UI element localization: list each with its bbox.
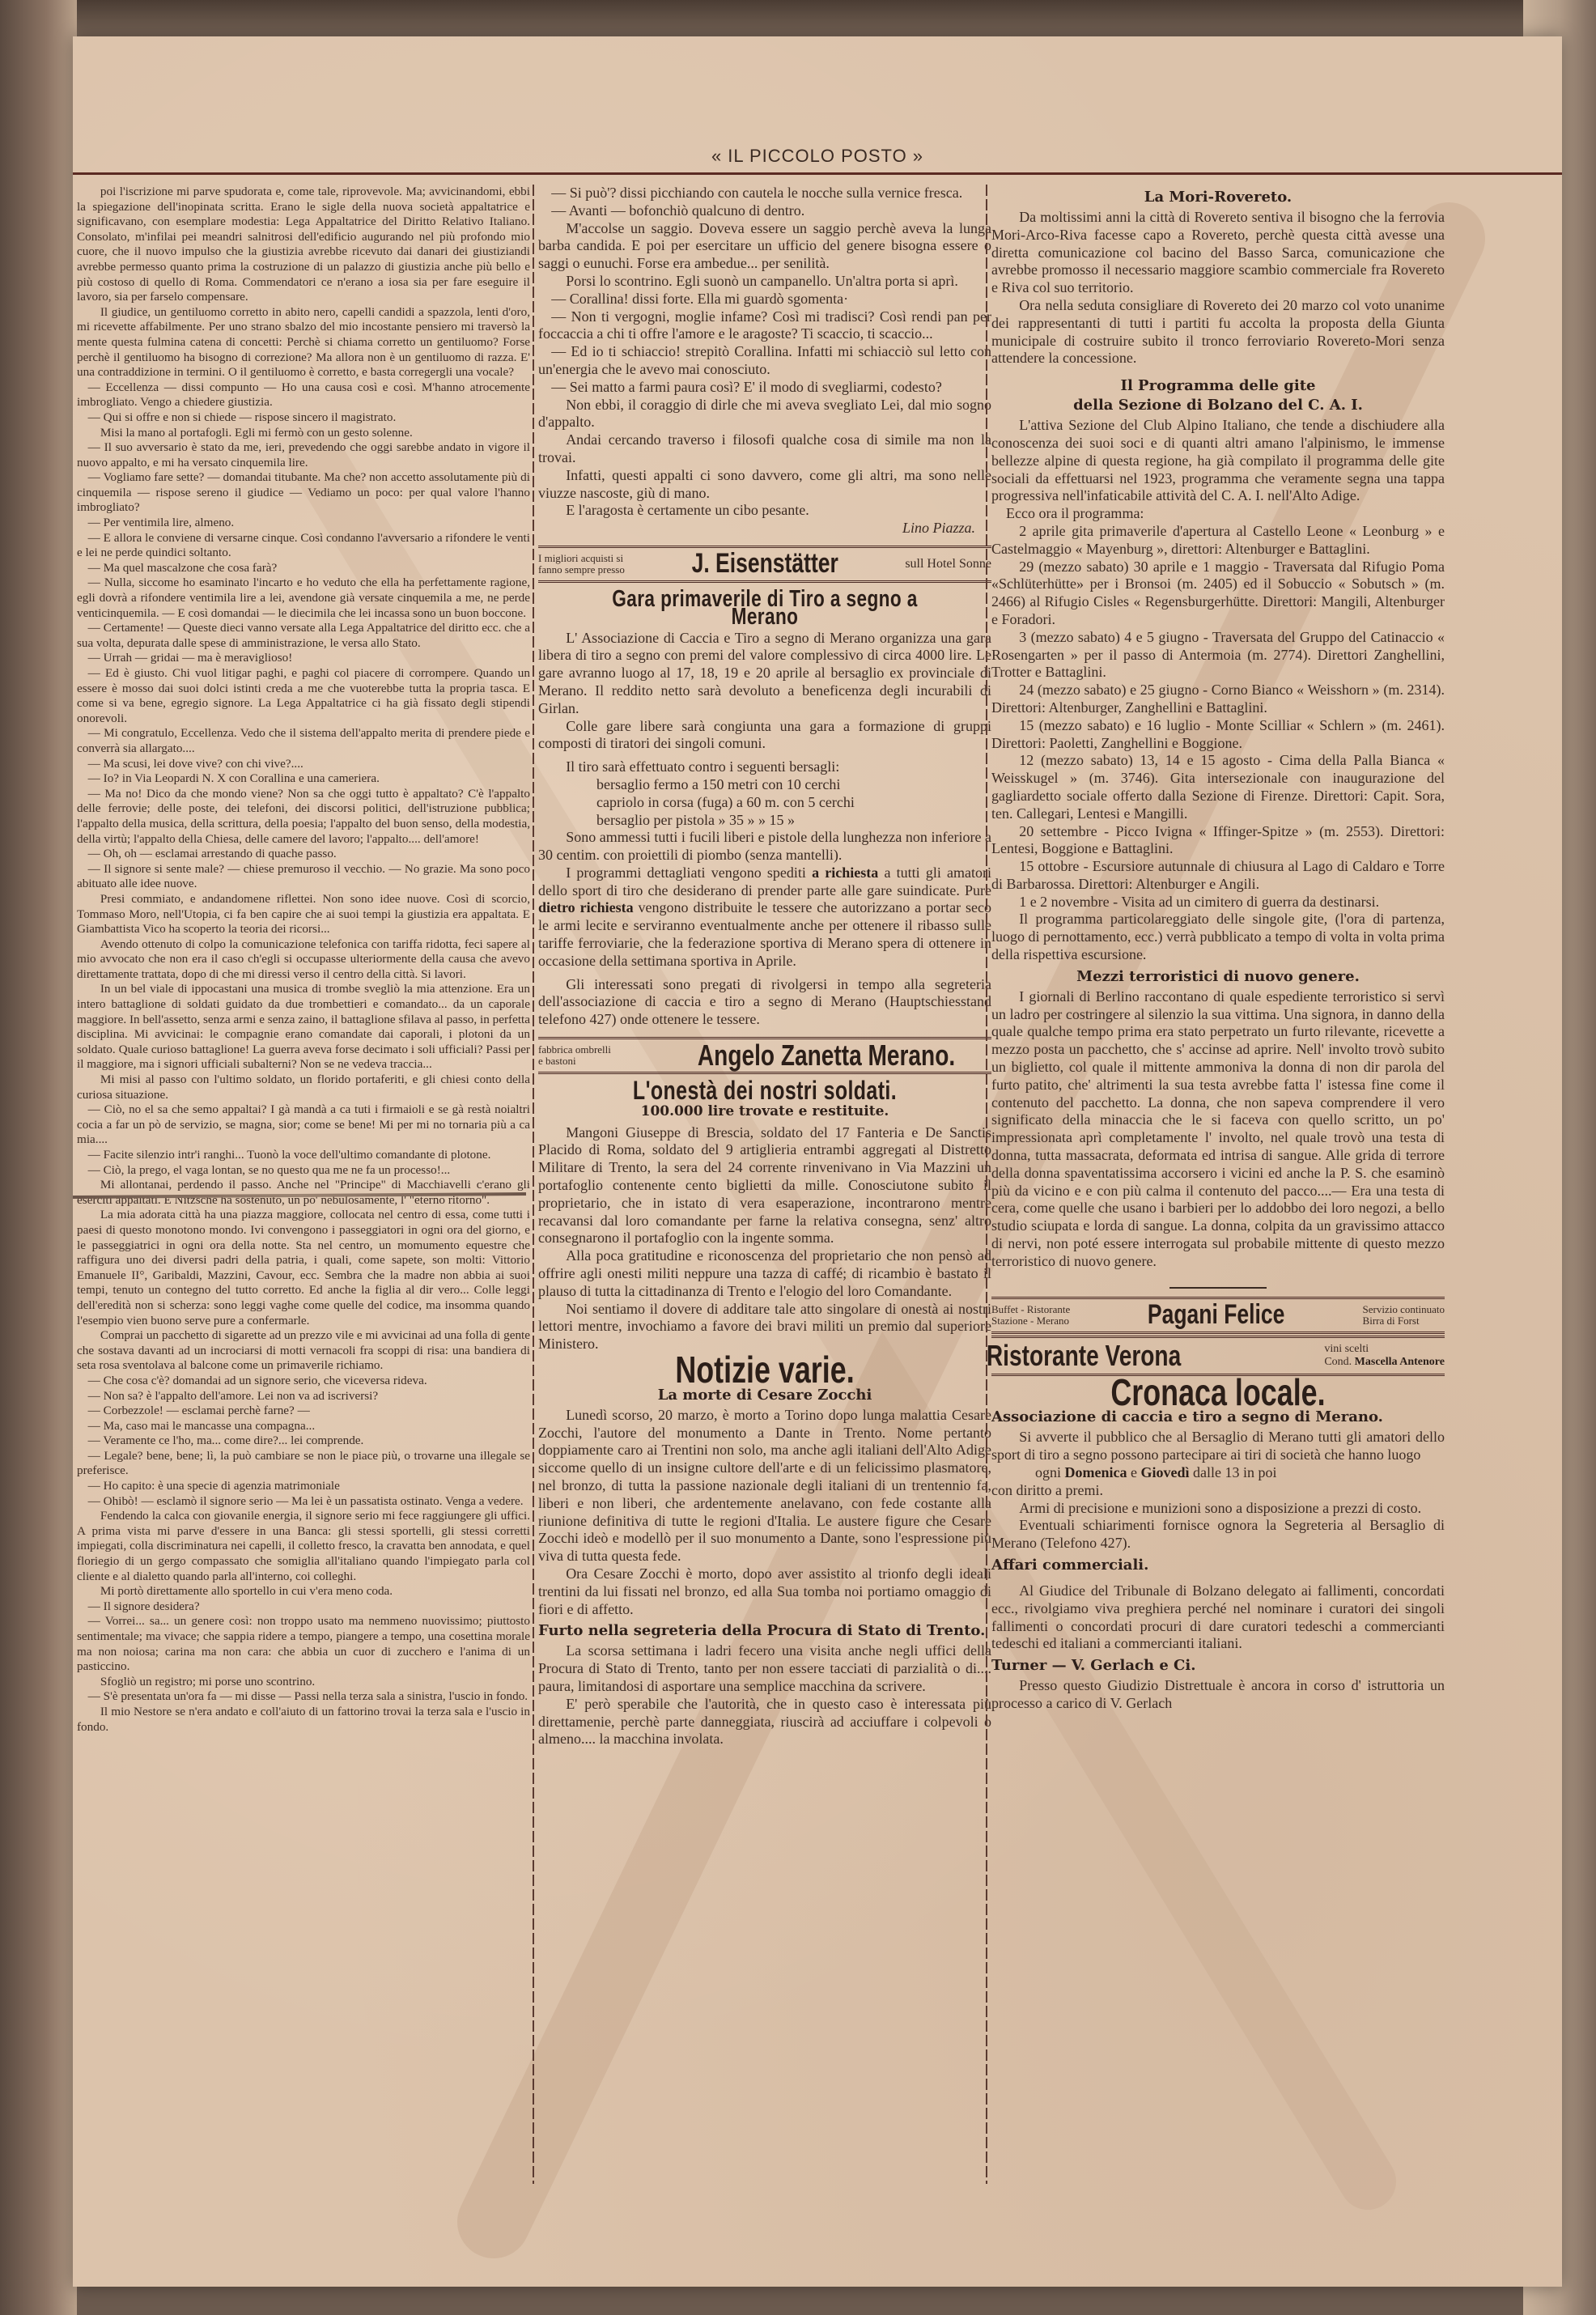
article-paragraph: 12 (mezzo sabato) 13, 14 e 15 agosto - C… [991, 752, 1445, 822]
schedule-line: ogni Domenica e Giovedì dalle 13 in poi [991, 1464, 1445, 1482]
article-paragraph: — Veramente ce l'ho, ma... come dire?...… [77, 1434, 530, 1449]
article-paragraph: — Ma quel mascalzone che cosa farà? [77, 561, 530, 576]
ad-zanetta: fabbrica ombrelli e bastoni Angelo Zanet… [538, 1037, 991, 1074]
story-continuation: — Si può'? dissi picchiando con cautela … [538, 185, 991, 520]
column-right: La Mori-Rovereto. Da moltissimi anni la … [991, 185, 1445, 1713]
article-paragraph: Presso questo Giudizio Distrettuale è an… [991, 1677, 1445, 1713]
article-paragraph: — Corbezzole! — esclamai perchè farne? — [77, 1404, 530, 1419]
article-paragraph: Il mio Nestore se n'era andato e coll'ai… [77, 1705, 530, 1735]
article-paragraph: — Eccellenza — dissi compunto — Ho una c… [77, 380, 530, 410]
ad-text: fabbrica ombrelli [538, 1044, 611, 1056]
article-paragraph: poi l'iscrizione mi parve spudorata e, c… [77, 185, 530, 305]
article-paragraph: — Sei matto a farmi paura così? E' il mo… [538, 379, 991, 397]
article-paragraph: 3 (mezzo sabato) 4 e 5 giugno - Traversa… [991, 629, 1445, 682]
column-divider [986, 185, 987, 2184]
ad-pagani-left: Buffet - Ristorante Stazione - Merano [991, 1304, 1070, 1327]
article-paragraph: Mangoni Giuseppe di Brescia, soldato del… [538, 1124, 991, 1248]
ad-verona-right: vini scelti Cond. Mascella Antenore [1324, 1343, 1445, 1369]
article-paragraph: Gli interessati sono pregati di rivolger… [538, 976, 991, 1029]
article-paragraph: — E allora le conviene di versarne cinqu… [77, 531, 530, 561]
article-paragraph: Porsi lo scontrino. Egli suonò un campan… [538, 273, 991, 291]
article-paragraph: — S'è presentata un'ora fa — mi disse — … [77, 1689, 530, 1705]
masthead-rule [73, 172, 1562, 175]
article-paragraph: Da moltissimi anni la città di Rovereto … [991, 209, 1445, 297]
article-paragraph: — Legale? bene, bene; lì, la può cambiar… [77, 1449, 530, 1479]
article-paragraph: Ora Cesare Zocchi è morto, dopo aver ass… [538, 1565, 991, 1618]
article-paragraph: — Ciò, no el sa che semo appaltai? I gà … [77, 1102, 530, 1148]
article-paragraph: — Vorrei... sa... un genere così: non tr… [77, 1614, 530, 1674]
target-list: Il tiro sarà effettuato contro i seguent… [538, 758, 991, 829]
ad-eisenstatter-tagline: I migliori acquisti si fanno sempre pres… [538, 553, 625, 576]
article-paragraph: — Non ti vergogni, moglie infame? Così m… [538, 308, 991, 344]
ad-text: Servizio continuato [1363, 1304, 1445, 1315]
headline-gite-1: Il Programma delle gite [991, 376, 1445, 396]
article-paragraph: In un bel viale di ippocastani una music… [77, 982, 530, 1073]
article-paragraph: Fendendo la calca con giovanile energia,… [77, 1509, 530, 1584]
article-paragraph: — Urrah — gridai — ma è meraviglioso! [77, 651, 530, 666]
ad-text: Birra di Forst [1363, 1315, 1445, 1327]
article-paragraph: 15 (mezzo sabato) e 16 luglio - Monte Sc… [991, 717, 1445, 753]
ad-pagani-name: Pagani Felice [1148, 1306, 1285, 1324]
article-paragraph: — Il signore si sente male? — chiese pre… [77, 862, 530, 892]
article-paragraph: — Mi congratulo, Eccellenza. Vedo che il… [77, 726, 530, 756]
article-paragraph: Andai cercando traverso i filosofi qualc… [538, 431, 991, 467]
article-paragraph: Ora nella seduta consigliare di Rovereto… [991, 297, 1445, 367]
scan-backdrop-top [0, 0, 1596, 40]
ad-text: vini scelti [1324, 1343, 1445, 1356]
ad-pagani-right: Servizio continuato Birra di Forst [1363, 1304, 1445, 1327]
column-middle: — Si può'? dissi picchiando con cautela … [538, 185, 991, 1748]
article-paragraph: — Oh, oh — esclamai arrestando di quache… [77, 847, 530, 862]
article-paragraph: Lunedì scorso, 20 marzo, è morto a Torin… [538, 1407, 991, 1565]
ad-verona-name: Ristorante Verona [987, 1347, 1181, 1365]
article-paragraph: con diritto a premi. [991, 1482, 1445, 1500]
article-paragraph: — Ma scusi, lei dove vive? con chi vive?… [77, 757, 530, 772]
article-paragraph: — Per ventimila lire, almeno. [77, 516, 530, 531]
article-paragraph: — Certamente! — Queste dieci vanno versa… [77, 621, 530, 651]
section-title-notizie: Notizie varie. [588, 1361, 942, 1379]
article-paragraph: E' però sperabile che l'autorità, che in… [538, 1696, 991, 1748]
headline-gite-2: della Sezione di Bolzano del C. A. I. [991, 396, 1445, 415]
section-title-cronaca: Cronaca locale. [1042, 1384, 1395, 1402]
headline-turner: Turner — V. Gerlach e Ci. [991, 1656, 1445, 1676]
article-paragraph: I programmi dettagliati vengono spediti … [538, 864, 991, 971]
article-paragraph: Colle gare libere sarà congiunta una gar… [538, 718, 991, 754]
masthead: « IL PICCOLO POSTO » [73, 146, 1562, 167]
article-paragraph: 2 aprile gita primaverile d'apertura al … [991, 523, 1445, 559]
article-paragraph: Armi di precisione e munizioni sono a di… [991, 1500, 1445, 1518]
article-paragraph: Non ebbi, il coraggio di dirle che mi av… [538, 397, 991, 432]
ad-eisenstatter-location: sull Hotel Sonne [905, 559, 991, 570]
article-paragraph: — Corallina! dissi forte. Ella mi guardò… [538, 291, 991, 308]
article-paragraph: La scorsa settimana i ladri fecero una v… [538, 1642, 991, 1695]
ad-text: Buffet - Ristorante [991, 1304, 1070, 1315]
newspaper-page: « IL PICCOLO POSTO » poi l'iscrizione mi… [73, 36, 1562, 2287]
article-paragraph: Sono ammessi tutti i fucili liberi e pis… [538, 829, 991, 864]
article-paragraph: — Vogliamo fare sette? — domandai tituba… [77, 470, 530, 516]
article-paragraph: 29 (mezzo sabato) 30 aprile e 1 maggio -… [991, 559, 1445, 629]
article-paragraph: Mi portò direttamente allo sportello in … [77, 1584, 530, 1599]
article-paragraph: Al Giudice del Tribunale di Bolzano dele… [991, 1582, 1445, 1653]
ad-text: fanno sempre presso [538, 564, 625, 576]
article-paragraph: — Io? in Via Leopardi N. X con Corallina… [77, 771, 530, 787]
article-paragraph: Alla poca gratitudine e riconoscenza del… [538, 1247, 991, 1300]
article-paragraph: — Ohibò! — esclamò il signore serio — Ma… [77, 1494, 530, 1510]
ad-eisenstatter-name: J. Eisenstätter [691, 555, 838, 573]
article-paragraph: 24 (mezzo sabato) e 25 giugno - Corno Bi… [991, 682, 1445, 717]
author-signature: Lino Piazza. [538, 520, 991, 537]
ad-text: Cond. Mascella Antenore [1324, 1356, 1445, 1369]
ad-text: Stazione - Merano [991, 1315, 1070, 1327]
ad-pagani: Buffet - Ristorante Stazione - Merano Pa… [991, 1297, 1445, 1334]
article-paragraph: — Nulla, siccome ho esaminato l'incarto … [77, 576, 530, 621]
article-paragraph: La mia adorata città ha una piazza maggi… [77, 1208, 530, 1328]
article-paragraph: — Ed è giusto. Chi vuol litigar paghi, e… [77, 666, 530, 726]
article-paragraph: Sfogliò un registro; mi porse uno scontr… [77, 1675, 530, 1690]
column-divider [533, 185, 534, 2184]
article-paragraph: — Qui si offre e non si chiede — rispose… [77, 410, 530, 426]
article-paragraph: — Non sa? è l'appalto dell'amore. Lei no… [77, 1389, 530, 1404]
article-paragraph: — Avanti — bofonchiò qualcuno di dentro. [538, 202, 991, 220]
article-paragraph: Si avverte il pubblico che al Bersaglio … [991, 1429, 1445, 1464]
article-paragraph: Comprai un pacchetto di sigarette ad un … [77, 1328, 530, 1374]
target-item: bersaglio fermo a 150 metri con 10 cerch… [538, 776, 991, 794]
section-rule [1169, 1287, 1267, 1289]
article-paragraph: E l'aragosta è certamente un cibo pesant… [538, 502, 991, 520]
article-paragraph: — Ed io ti schiaccio! strepitò Corallina… [538, 343, 991, 379]
article-paragraph: M'accolse un saggio. Doveva essere un sa… [538, 220, 991, 273]
article-paragraph: — Ma, caso mai le mancasse una compagna.… [77, 1419, 530, 1434]
article-paragraph: Avendo ottenuto di colpo la comunicazion… [77, 937, 530, 983]
excursion-list: 2 aprile gita primaverile d'apertura al … [991, 523, 1445, 964]
headline-mori-rovereto: La Mori-Rovereto. [991, 188, 1445, 207]
article-paragraph: — Il suo avversario è stato da me, ieri,… [77, 440, 530, 470]
article-paragraph: — Ho capito: è una specie di agenzia mat… [77, 1479, 530, 1494]
headline-gara: Gara primaverile di Tiro a segno a Meran… [588, 591, 942, 627]
article-paragraph: — Il signore desidera? [77, 1599, 530, 1615]
headline-furto: Furto nella segreteria della Procura di … [538, 1621, 991, 1641]
article-paragraph: — Che cosa c'è? domandai ad un signore s… [77, 1374, 530, 1389]
article-paragraph: Il programma particolareggiato delle sin… [991, 911, 1445, 963]
subheadline-onesta: 100.000 lire trovate e restituite. [538, 1103, 991, 1121]
article-paragraph: — Facite silenzio intr'i ranghi... Tuonò… [77, 1148, 530, 1163]
article-paragraph: I giornali di Berlino raccontano di qual… [991, 988, 1445, 1271]
article-paragraph: Presi commiato, e andandomene riflettei.… [77, 892, 530, 937]
scan-backdrop-left [0, 0, 77, 2315]
ad-eisenstatter: I migliori acquisti si fanno sempre pres… [538, 546, 991, 583]
target-item: capriolo in corsa (fuga) a 60 m. con 5 c… [538, 794, 991, 812]
article-paragraph: Il giudice, un gentiluomo corretto in ab… [77, 305, 530, 380]
ad-text: e bastoni [538, 1056, 611, 1067]
ad-zanetta-tagline: fabbrica ombrelli e bastoni [538, 1044, 611, 1067]
column-story: poi l'iscrizione mi parve spudorata e, c… [77, 185, 530, 1735]
masthead-title: « IL PICCOLO POSTO » [711, 146, 923, 166]
ad-verona: Ristorante Verona vini scelti Cond. Masc… [991, 1336, 1445, 1376]
article-paragraph: 1 e 2 novembre - Visita ad un cimitero d… [991, 894, 1445, 911]
article-paragraph: L'attiva Sezione del Club Alpino Italian… [991, 417, 1445, 505]
article-paragraph: — Ciò, la prego, el vaga lontan, se no q… [77, 1163, 530, 1179]
article-paragraph: Noi sentiamo il dovere di additare tale … [538, 1301, 991, 1353]
article-paragraph: Mi misi al passo con l'ultimo soldato, u… [77, 1073, 530, 1102]
article-paragraph: — Ma no! Dico da che mondo viene? Non sa… [77, 787, 530, 847]
article-paragraph: Infatti, questi appalti ci sono davvero,… [538, 467, 991, 503]
ad-zanetta-name: Angelo Zanetta Merano. [698, 1047, 955, 1064]
headline-onesta: L'onestà dei nostri soldati. [588, 1082, 942, 1100]
headline-affari: Affari commerciali. [991, 1556, 1445, 1575]
article-paragraph: L' Associazione di Caccia e Tiro a segno… [538, 630, 991, 718]
program-lead: Ecco ora il programma: [991, 505, 1445, 523]
article-paragraph: 20 settembre - Picco Ivigna « Iffinger-S… [991, 823, 1445, 859]
ad-text: I migliori acquisti si [538, 553, 625, 564]
article-paragraph: 15 ottobre - Escursiore autunnale di chi… [991, 858, 1445, 894]
article-paragraph: — Si può'? dissi picchiando con cautela … [538, 185, 991, 202]
target-list-intro: Il tiro sarà effettuato contro i seguent… [538, 758, 991, 776]
target-item: bersaglio per pistola » 35 » » 15 » [538, 812, 991, 830]
article-paragraph: Misi la mano al portafogli. Egli mi ferm… [77, 426, 530, 441]
article-paragraph: Eventuali schiarimenti fornisce ognora l… [991, 1517, 1445, 1553]
headline-mezzi: Mezzi terroristici di nuovo genere. [991, 967, 1445, 987]
